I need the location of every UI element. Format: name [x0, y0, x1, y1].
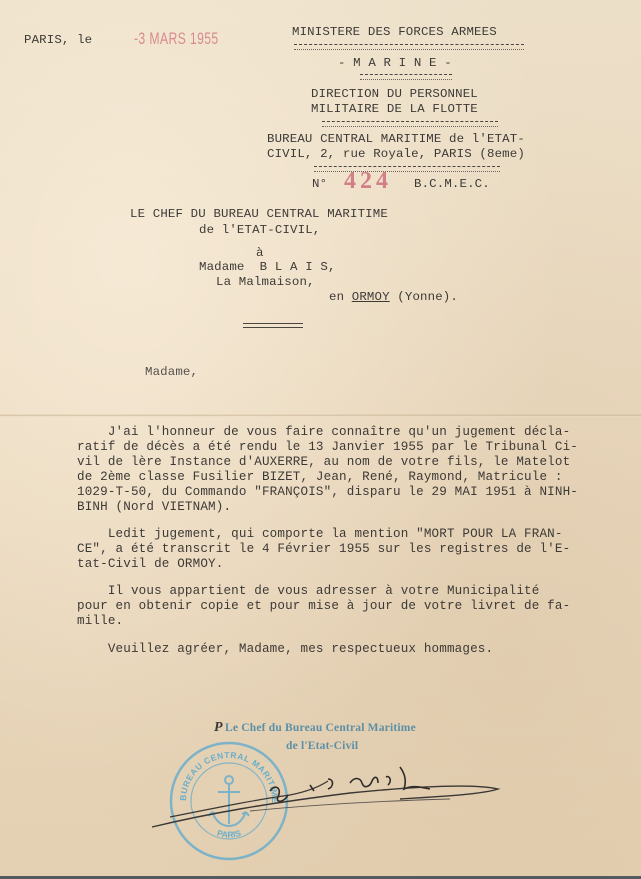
paragraph-2-line-3: tat-Civil de ORMOY. — [77, 556, 223, 572]
paragraph-1-line-2: ratif de décès a été rendu le 13 Janvier… — [77, 439, 578, 455]
date-stamp: -3 MARS 1955 — [134, 29, 219, 49]
separator-rule — [243, 323, 303, 328]
pp-mark: P — [214, 720, 223, 736]
recipient-address-prefix: en — [329, 290, 352, 304]
paragraph-1-line-4: de 2ème classe Fusilier BIZET, Jean, Ren… — [77, 469, 563, 485]
letterhead-divider — [322, 121, 498, 127]
salutation: Madame, — [145, 364, 198, 380]
paragraph-1-line-3: vil de lère Instance d'AUXERRE, au nom d… — [77, 454, 570, 470]
paragraph-1-line-5: 1029-T-50, du Commando "FRANÇOIS", dispa… — [77, 484, 578, 500]
sender-line-2: de l'ETAT-CIVIL, — [199, 222, 320, 238]
recipient-address-1: La Malmaison, — [216, 274, 315, 290]
paragraph-3-line-2: pour en obtenir copie et pour mise à jou… — [77, 598, 570, 614]
letterhead-divider — [314, 166, 500, 172]
signatory-title-line-1: Le Chef du Bureau Central Maritime — [225, 722, 416, 734]
signatory-title-line-2: de l'Etat-Civil — [286, 740, 358, 752]
recipient-town: ORMOY — [352, 290, 390, 304]
reference-prefix: N° — [312, 176, 327, 192]
recipient-name: Madame B L A I S, — [199, 259, 336, 275]
recipient-address-suffix: (Yonne). — [390, 290, 458, 304]
sender-line-1: LE CHEF DU BUREAU CENTRAL MARITIME — [130, 206, 388, 222]
paragraph-2-line-2: CE", a été transcrit le 4 Février 1955 s… — [77, 541, 570, 557]
direction-line-2: MILITAIRE DE LA FLOTTE — [311, 101, 478, 117]
paragraph-3-line-3: mille. — [77, 613, 123, 629]
handwritten-signature — [150, 755, 510, 835]
reference-number: 424 — [344, 168, 392, 195]
direction-line-1: DIRECTION DU PERSONNEL — [311, 86, 478, 102]
letterhead-divider — [294, 44, 524, 50]
letterhead-divider — [360, 74, 452, 80]
bureau-line-2: CIVIL, 2, rue Royale, PARIS (8eme) — [267, 146, 525, 162]
ministry-heading: MINISTERE DES FORCES ARMEES — [292, 24, 497, 40]
paragraph-3-line-1: Il vous appartient de vous adresser à vo… — [77, 583, 539, 599]
place-label: PARIS, le — [24, 32, 92, 48]
reference-suffix: B.C.M.E.C. — [414, 176, 490, 192]
branch-heading: - M A R I N E - — [338, 55, 452, 71]
paragraph-1-line-1: J'ai l'honneur de vous faire connaître q… — [77, 424, 570, 440]
paper-fold-line — [0, 414, 641, 417]
bureau-line-1: BUREAU CENTRAL MARITIME de l'ETAT- — [267, 131, 525, 147]
recipient-address-2: en ORMOY (Yonne). — [329, 289, 458, 305]
paragraph-4-line-1: Veuillez agréer, Madame, mes respectueux… — [77, 641, 493, 657]
paragraph-2-line-1: Ledit jugement, qui comporte la mention … — [77, 526, 563, 542]
paragraph-1-line-6: BINH (Nord VIETNAM). — [77, 499, 231, 515]
